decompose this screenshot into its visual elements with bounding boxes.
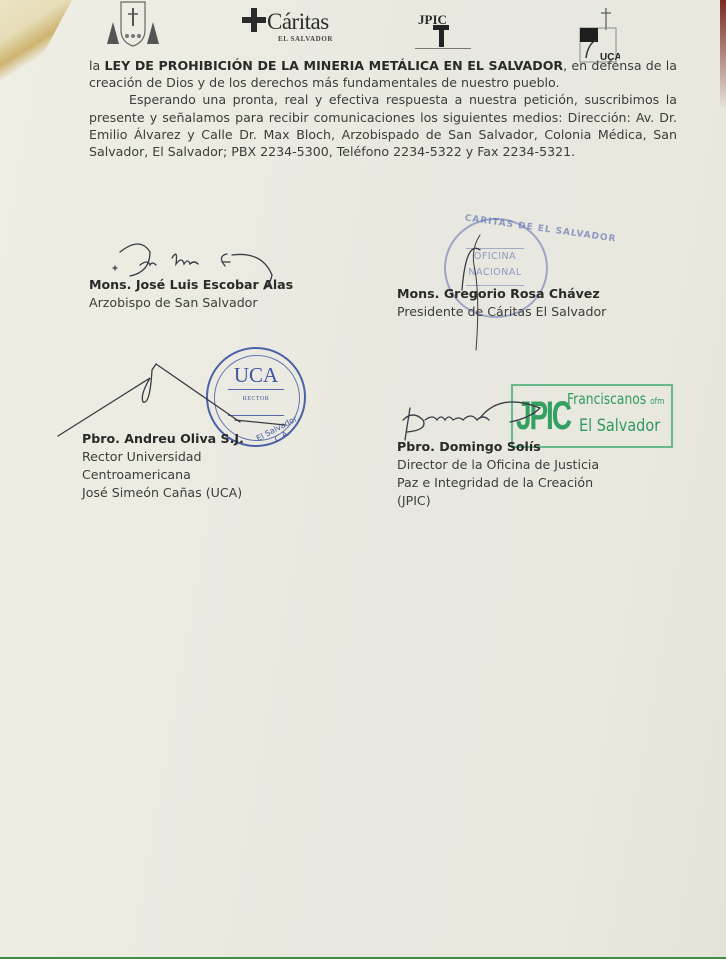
jpic-stamp-line1: Franciscanos ofm <box>567 390 664 408</box>
letter-body: la LEY DE PROHIBICIÓN DE LA MINERIA METÁ… <box>89 57 677 160</box>
signatory-role: (JPIC) <box>397 492 599 510</box>
caritas-stamp-ring-text: CARITAS DE EL SALVADOR <box>464 213 617 244</box>
caritas-logo-text: Cáritas <box>267 9 329 35</box>
law-title: LEY DE PROHIBICIÓN DE LA MINERIA METÁLIC… <box>104 58 563 73</box>
caritas-stamp-line1: OFICINA <box>466 249 524 265</box>
jpic-logo-rule <box>415 48 471 49</box>
uca-stamp-title: UCA <box>208 363 304 388</box>
caritas-cross-icon <box>242 8 266 32</box>
uca-stamp-rule <box>228 389 284 390</box>
signatory-role: Presidente de Cáritas El Salvador <box>397 303 606 321</box>
caritas-logo-subtext: EL SALVADOR <box>278 35 333 43</box>
paragraph-law-prefix: la <box>89 58 104 73</box>
uca-stamp-rule <box>228 415 284 416</box>
signatory-role: Arzobispo de San Salvador <box>89 294 293 312</box>
jpic-stamp-ofm: ofm <box>650 397 664 407</box>
signatory-oliva: Pbro. Andreu Oliva S.J. Rector Universid… <box>82 430 244 502</box>
jpic-logo: JPIC <box>415 8 475 60</box>
signatory-name: Mons. José Luis Escobar Alas <box>89 276 293 294</box>
uca-stamp-sub: RECTOR <box>208 396 304 402</box>
signatory-escobar: Mons. José Luis Escobar Alas Arzobispo d… <box>89 276 293 312</box>
tau-cross-icon <box>433 25 449 47</box>
jpic-stamp-mark: JPIC <box>516 386 570 446</box>
paragraph-law: la LEY DE PROHIBICIÓN DE LA MINERIA METÁ… <box>89 57 677 91</box>
signatory-rosa-chavez: Mons. Gregorio Rosa Chávez Presidente de… <box>397 285 606 321</box>
signatory-name: Pbro. Domingo Solís <box>397 438 599 456</box>
letterhead-logos: Cáritas EL SALVADOR JPIC UCA <box>0 0 726 60</box>
signatory-role: Paz e Integridad de la Creación <box>397 474 599 492</box>
signatory-role: Centroamericana <box>82 466 244 484</box>
paragraph-contact: Esperando una pronta, real y efectiva re… <box>89 91 677 160</box>
jpic-stamp-franciscanos: Franciscanos <box>567 390 646 408</box>
signatory-name: Mons. Gregorio Rosa Chávez <box>397 285 606 303</box>
signatory-solis: Pbro. Domingo Solís Director de la Ofici… <box>397 438 599 510</box>
archdiocese-coat-of-arms-icon <box>103 0 163 48</box>
uca-logo-icon: UCA <box>578 8 620 64</box>
signatory-role: Rector Universidad <box>82 448 244 466</box>
caritas-stamp-line2: NACIONAL <box>466 265 524 281</box>
caritas-stamp-box: OFICINA NACIONAL <box>466 248 524 286</box>
signatory-name: Pbro. Andreu Oliva S.J. <box>82 430 244 448</box>
signatory-role: Director de la Oficina de Justicia <box>397 456 599 474</box>
signatory-role: José Simeón Cañas (UCA) <box>82 484 244 502</box>
jpic-stamp-line2: El Salvador <box>579 416 660 436</box>
